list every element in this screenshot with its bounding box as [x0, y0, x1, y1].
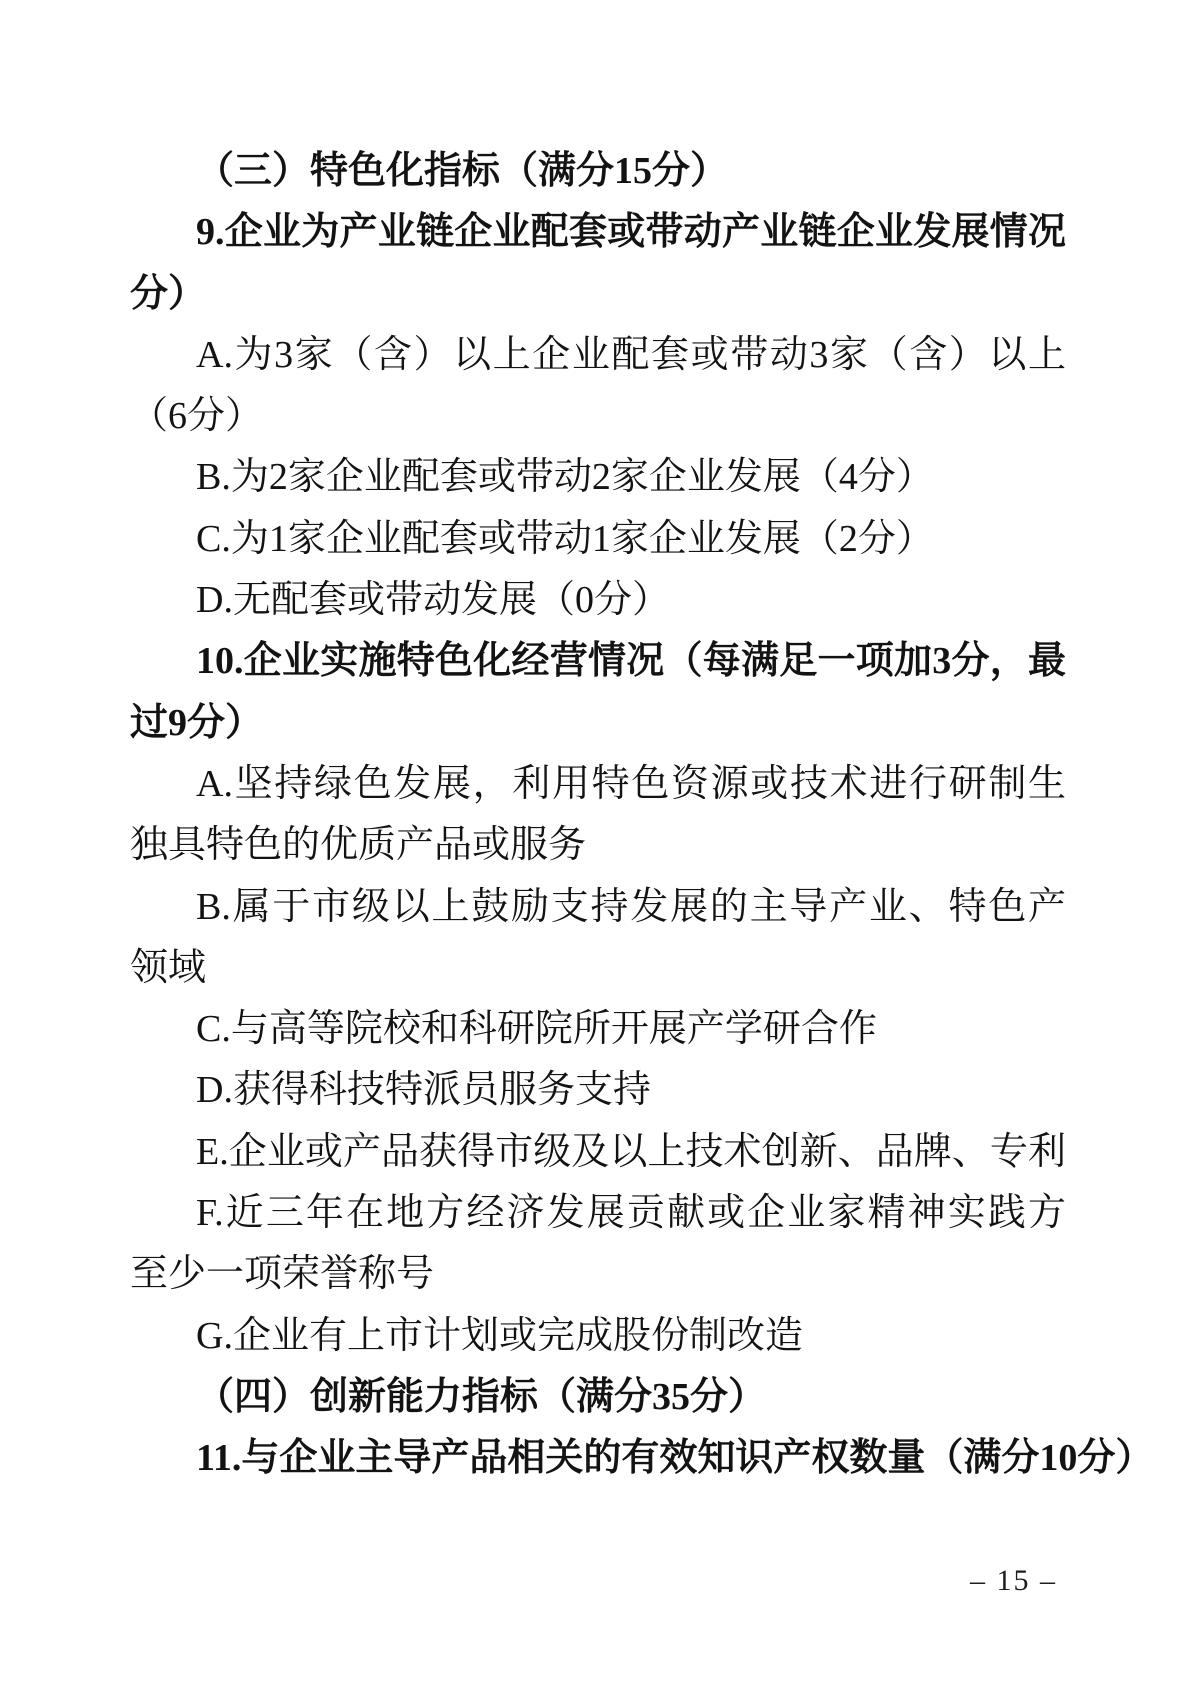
item-10-option-f-line-2: 至少一项荣誉称号 [130, 1244, 1066, 1305]
item-11-heading: 11.与企业主导产品相关的有效知识产权数量（满分10分） [130, 1428, 1066, 1489]
document-page: （三）特色化指标（满分15分） 9.企业为产业链企业配套或带动产业链企业发展情况… [0, 0, 1199, 1696]
item-10-option-e: E.企业或产品获得市级及以上技术创新、品牌、专利等认定 [130, 1122, 1066, 1183]
section-3-heading: （三）特色化指标（满分15分） [130, 141, 1066, 202]
section-4-heading: （四）创新能力指标（满分35分） [130, 1367, 1066, 1428]
item-9-option-b: B.为2家企业配套或带动2家企业发展（4分） [130, 447, 1066, 508]
item-10-option-d: D.获得科技特派员服务支持 [130, 1060, 1066, 1121]
page-number: – 15 – [970, 1563, 1057, 1599]
item-9-option-d: D.无配套或带动发展（0分） [130, 570, 1066, 631]
item-10-option-g: G.企业有上市计划或完成股份制改造 [130, 1306, 1066, 1367]
item-10-option-b-line-2: 领域 [130, 938, 1066, 999]
item-9-option-a-line-2: （6分） [130, 386, 1066, 447]
item-9-option-c: C.为1家企业配套或带动1家企业发展（2分） [130, 509, 1066, 570]
item-10-heading-line-2: 过9分） [130, 693, 1066, 754]
item-10-option-f-line-1: F.近三年在地方经济发展贡献或企业家精神实践方面，获得 [130, 1183, 1066, 1244]
document-body: （三）特色化指标（满分15分） 9.企业为产业链企业配套或带动产业链企业发展情况… [130, 141, 1066, 1490]
item-10-option-b-line-1: B.属于市级以上鼓励支持发展的主导产业、特色产业或相关 [130, 877, 1066, 938]
item-9-heading-line-2: 分） [130, 264, 1066, 325]
item-10-option-a-line-2: 独具特色的优质产品或服务 [130, 815, 1066, 876]
item-10-option-a-line-1: A.坚持绿色发展，利用特色资源或技术进行研制生产，提供 [130, 754, 1066, 815]
item-9-heading-line-1: 9.企业为产业链企业配套或带动产业链企业发展情况（满分6 [130, 202, 1066, 263]
item-10-heading-line-1: 10.企业实施特色化经营情况（每满足一项加3分，最高不超 [130, 631, 1066, 692]
item-9-option-a-line-1: A.为3家（含）以上企业配套或带动3家（含）以上企业发展 [130, 325, 1066, 386]
item-10-option-c: C.与高等院校和科研院所开展产学研合作 [130, 999, 1066, 1060]
